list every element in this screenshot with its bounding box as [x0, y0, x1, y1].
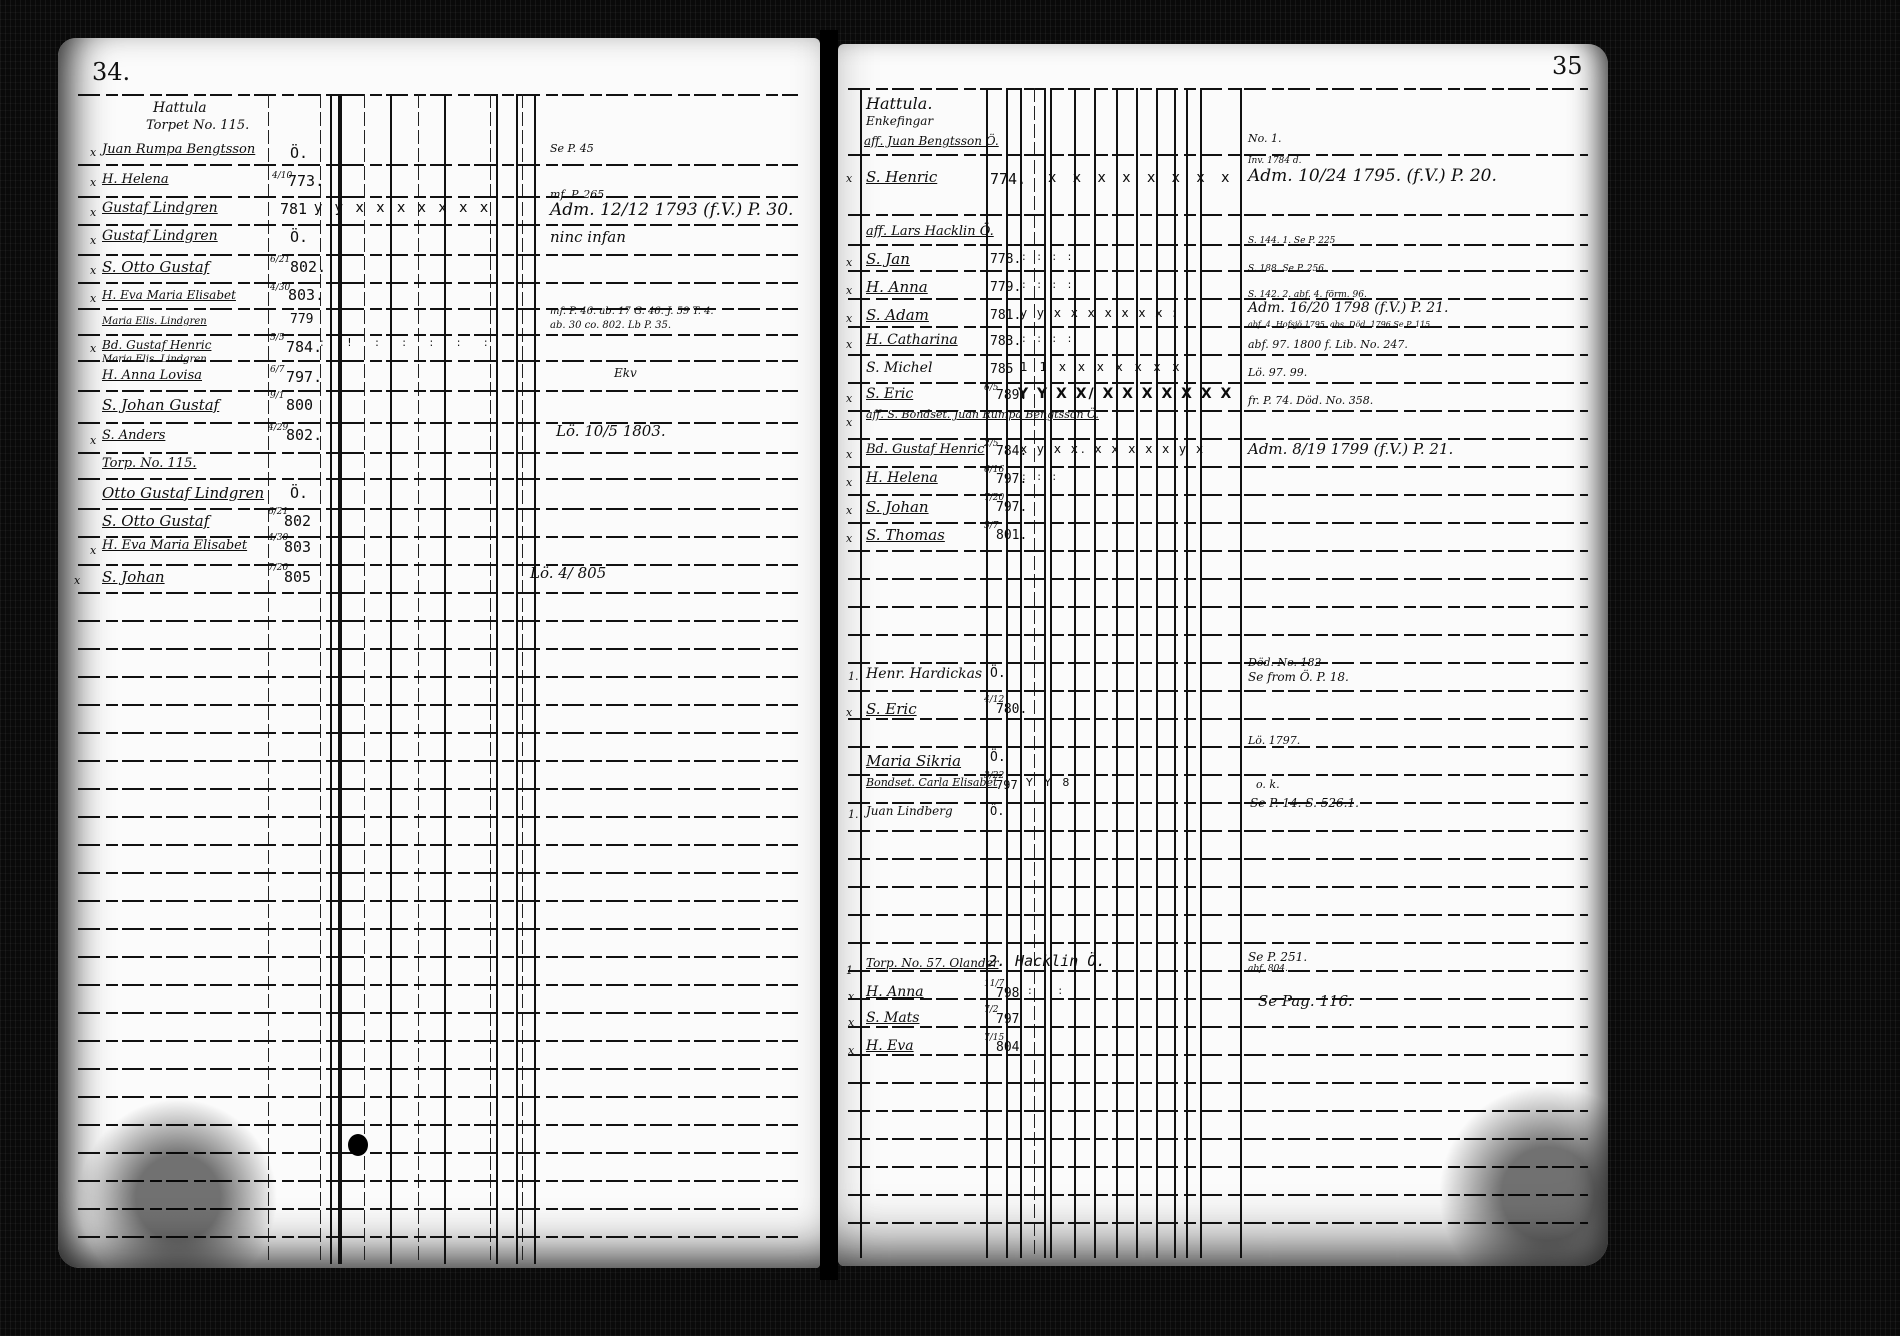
page-number-left: 34. — [92, 58, 130, 86]
column-line — [490, 94, 491, 1264]
column-line — [338, 94, 342, 1264]
rule — [78, 94, 798, 96]
village-heading: Hattula. — [866, 94, 932, 113]
subheading: Enkefingar — [866, 114, 933, 128]
column-line — [390, 94, 392, 1264]
page-number-right: 35 — [1552, 52, 1583, 80]
column-line — [522, 94, 523, 1264]
column-line — [516, 94, 518, 1264]
croft-heading: Torpet No. 115. — [146, 118, 249, 133]
village-heading: Hattula — [153, 100, 207, 116]
household-heading: aff. Juan Bengtsson Ö. — [864, 134, 999, 148]
right-page: 35 — [838, 44, 1608, 1266]
scan-stain — [78, 1098, 278, 1268]
column-line — [418, 94, 419, 1264]
rule — [848, 88, 1588, 90]
left-page: 34. — [58, 38, 820, 1268]
book-gutter — [820, 30, 838, 1280]
column-line — [268, 94, 269, 1264]
column-line — [444, 94, 446, 1264]
column-line — [496, 94, 498, 1264]
remark-number: No. 1. — [1248, 132, 1282, 145]
scan-stain — [1438, 1084, 1608, 1266]
ink-blot — [348, 1134, 368, 1156]
column-line — [534, 94, 536, 1264]
column-line — [330, 94, 332, 1264]
column-line — [364, 94, 365, 1264]
